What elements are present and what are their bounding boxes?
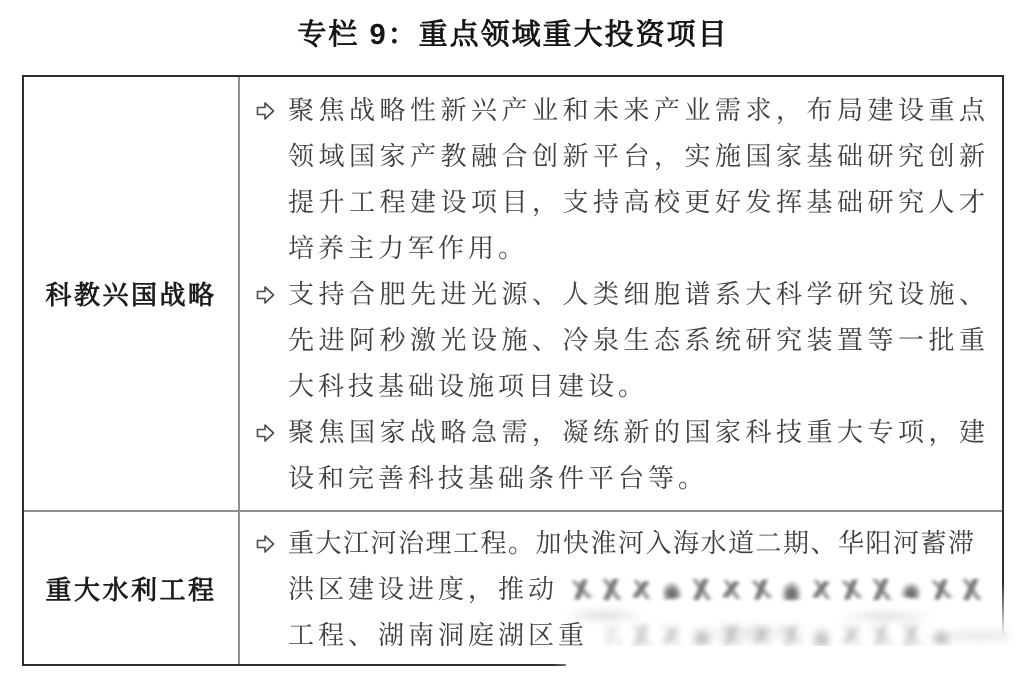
text-line-visible: 洪区建设进度，推动 bbox=[288, 575, 558, 604]
text-line: 培养主力军作用。 bbox=[288, 226, 988, 272]
projects-table: 科教兴国战略 聚焦战略性新兴产业和未来产业需求，布局建设重点 领域国家产教融合创… bbox=[22, 75, 1004, 666]
bullet-item: 聚焦战略性新兴产业和未来产业需求，布局建设重点 领域国家产教融合创新平台，实施国… bbox=[255, 88, 988, 272]
table-border-right bbox=[1002, 75, 1004, 666]
erased-region bbox=[566, 646, 1026, 684]
arrow-right-outline-icon bbox=[255, 88, 288, 272]
text-line: 先进阿秒激光设施、冷泉生态系统研究装置等一批重 bbox=[288, 318, 988, 364]
bullet-item: 聚焦国家战略急需，凝练新的国家科技重大专项，建 设和完善科技基础条件平台等。 bbox=[255, 410, 988, 502]
text-line: 设和完善科技基础条件平台等。 bbox=[288, 456, 988, 502]
row-header: 科教兴国战略 bbox=[45, 275, 216, 312]
row-header-cell: 科教兴国战略 bbox=[24, 77, 238, 510]
arrow-right-outline-icon bbox=[255, 410, 288, 502]
bullet-text: 聚焦战略性新兴产业和未来产业需求，布局建设重点 领域国家产教融合创新平台，实施国… bbox=[288, 88, 988, 272]
text-line: 支持合肥先进光源、人类细胞谱系大科学研究设施、 bbox=[288, 272, 988, 318]
page-title: 专栏 9：重点领域重大投资项目 bbox=[0, 12, 1026, 53]
text-line: 聚焦战略性新兴产业和未来产业需求，布局建设重点 bbox=[288, 88, 988, 134]
bullet-text: 支持合肥先进光源、人类细胞谱系大科学研究设施、 先进阿秒激光设施、冷泉生态系统研… bbox=[288, 272, 988, 410]
arrow-right-outline-icon bbox=[255, 272, 288, 410]
row-header: 重大水利工程 bbox=[45, 570, 216, 607]
bullet-text: 聚焦国家战略急需，凝练新的国家科技重大专项，建 设和完善科技基础条件平台等。 bbox=[288, 410, 988, 502]
text-line: 重大江河治理工程。加快淮河入海水道二期、华阳河蓄滞 bbox=[288, 521, 988, 567]
bullet-item: 支持合肥先进光源、人类细胞谱系大科学研究设施、 先进阿秒激光设施、冷泉生态系统研… bbox=[255, 272, 988, 410]
text-line: 领域国家产教融合创新平台，实施国家基础研究创新 bbox=[288, 134, 988, 180]
arrow-right-outline-icon bbox=[255, 521, 288, 659]
text-line: 大科技基础设施项目建设。 bbox=[288, 364, 988, 410]
text-line-visible: 工程、湖南洞庭湖区重 bbox=[288, 621, 588, 650]
row-header-cell: 重大水利工程 bbox=[24, 512, 238, 664]
row-content-cell: 聚焦战略性新兴产业和未来产业需求，布局建设重点 领域国家产教融合创新平台，实施国… bbox=[239, 77, 1002, 510]
text-line: 聚焦国家战略急需，凝练新的国家科技重大专项，建 bbox=[288, 410, 988, 456]
text-line: 提升工程建设项目，支持高校更好发挥基础研究人才 bbox=[288, 180, 988, 226]
document-page: 专栏 9：重点领域重大投资项目 科教兴国战略 聚焦战略性新兴产业和未来产业需求，… bbox=[0, 0, 1026, 684]
